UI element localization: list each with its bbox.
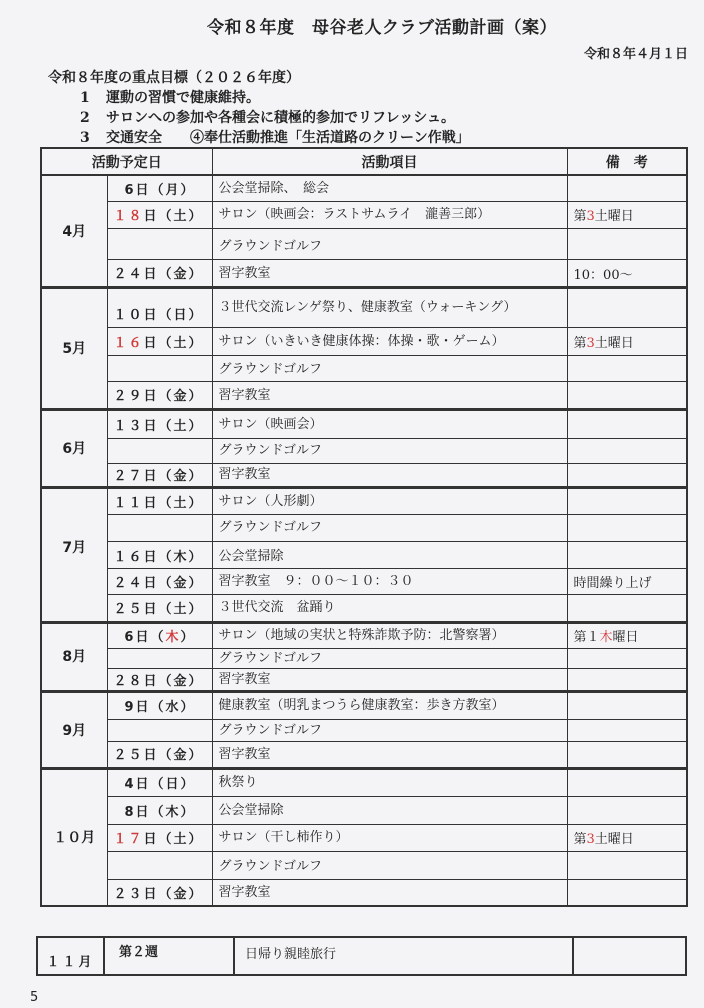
remark-cell [567, 879, 687, 906]
table-row: グラウンドゴルフ [41, 355, 687, 381]
activity-cell: サロン（いきいき健康体操：体操・歌・ゲーム） [212, 327, 567, 355]
activity-cell: サロン（干し柿作り） [212, 824, 567, 851]
date-cell: 8日（木） [107, 796, 212, 824]
date-cell: ２９日（金） [107, 381, 212, 409]
activity-cell: グラウンドゴルフ [212, 355, 567, 381]
date-cell: １３日（土） [107, 409, 212, 438]
date-cell: ２４日（金） [107, 568, 212, 594]
table-row: グラウンドゴルフ [41, 438, 687, 463]
date-cell: ２４日（金） [107, 259, 212, 287]
remark-cell [567, 487, 687, 514]
remark-cell [567, 514, 687, 541]
activity-cell: グラウンドゴルフ [212, 648, 567, 668]
date-cell: ２７日（金） [107, 463, 212, 487]
activity-cell: 習字教室 [212, 741, 567, 768]
goal-text: 運動の習慣で健康維持。 [106, 90, 260, 106]
table-row: ２７日（金） 習字教室 [41, 463, 687, 487]
goal-item: 1運動の習慣で健康維持。 [80, 87, 260, 107]
date-cell [107, 514, 212, 541]
date-cell [107, 228, 212, 259]
remark-cell [567, 175, 687, 201]
activity-cell: 習字教室 [212, 381, 567, 409]
table-row: ２４日（金） 習字教室 ９：００～１０：３０ 時間繰り上げ [41, 568, 687, 594]
date-cell: １８日（土） [107, 201, 212, 228]
remark-cell [567, 741, 687, 768]
remark-cell: 第１木曜日 [567, 622, 687, 648]
month-cell: 6月 [41, 409, 107, 487]
remark-highlight: 木 [600, 630, 613, 645]
date-highlight: １８ [114, 209, 144, 224]
remark-cell [573, 937, 686, 975]
table-row: ２４日（金） 習字教室 10：00～ [41, 259, 687, 287]
remark-highlight: 3 [587, 832, 595, 847]
table-row: 8月 6日（木） サロン（地域の実状と特殊詐欺予防：北警察署） 第１木曜日 [41, 622, 687, 648]
activity-cell: グラウンドゴルフ [212, 719, 567, 741]
table-row: １６日（木） 公会堂掃除 [41, 541, 687, 568]
remark-cell [567, 719, 687, 741]
date-cell: ２８日（金） [107, 668, 212, 691]
date-cell [107, 648, 212, 668]
table-row: １７日（土） サロン（干し柿作り） 第3土曜日 [41, 824, 687, 851]
remark-cell [567, 648, 687, 668]
goals-heading: 令和８年度の重点目標（２０２６年度） [48, 67, 300, 87]
date-cell: １６日（土） [107, 327, 212, 355]
activity-cell: 習字教室 [212, 463, 567, 487]
remark-cell [567, 541, 687, 568]
remark-cell [567, 668, 687, 691]
goal-item: 2サロンへの参加や各種会に積極的参加でリフレッシュ。 [80, 107, 455, 127]
remark-cell [567, 287, 687, 327]
table-row: １８日（土） サロン（映画会：ラストサムライ 瀧善三郎） 第3土曜日 [41, 201, 687, 228]
activity-cell: ３世代交流 盆踊り [212, 594, 567, 622]
header-activity: 活動項目 [212, 148, 567, 175]
month-cell: 5月 [41, 287, 107, 409]
remark-cell: 第3土曜日 [567, 824, 687, 851]
date-cell: １７日（土） [107, 824, 212, 851]
date-cell: １１日（土） [107, 487, 212, 514]
document-date: 令和８年４月１日 [584, 43, 688, 62]
header-remarks: 備 考 [567, 148, 687, 175]
table-row: グラウンドゴルフ [41, 719, 687, 741]
table-row: グラウンドゴルフ [41, 228, 687, 259]
table-row: ２５日（金） 習字教室 [41, 741, 687, 768]
remark-cell: 第3土曜日 [567, 201, 687, 228]
table-row: 4月 6日（月） 公会堂掃除、 総会 [41, 175, 687, 201]
goal-number: 1 [80, 90, 106, 106]
page-number: 5 [30, 990, 38, 1005]
table-row: グラウンドゴルフ [41, 514, 687, 541]
date-highlight: 木 [165, 630, 180, 645]
activity-cell: 習字教室 [212, 879, 567, 906]
activity-cell: グラウンドゴルフ [212, 228, 567, 259]
activity-cell: 習字教室 [212, 668, 567, 691]
table-row: 6月 １３日（土） サロン（映画会） [41, 409, 687, 438]
date-cell [107, 851, 212, 879]
goal-text: 交通安全 ④奉仕活動推進「生活道路のクリーン作戦」 [106, 130, 470, 146]
date-cell: １６日（木） [107, 541, 212, 568]
date-cell: ２５日（土） [107, 594, 212, 622]
remark-cell [567, 691, 687, 719]
activity-cell: 秋祭り [212, 768, 567, 796]
remark-cell [567, 796, 687, 824]
table-header-row: 活動予定日 活動項目 備 考 [41, 148, 687, 175]
goal-text: サロンへの参加や各種会に積極的参加でリフレッシュ。 [106, 110, 455, 126]
activity-cell: グラウンドゴルフ [212, 514, 567, 541]
remark-highlight: 3 [587, 336, 595, 351]
month-cell: 8月 [41, 622, 107, 691]
table-row: １１月 第２週 日帰り親睦旅行 [37, 937, 686, 975]
table-row: 5月 １０日（日） ３世代交流レンゲ祭り、健康教室（ウォーキング） [41, 287, 687, 327]
activity-cell: 習字教室 ９：００～１０：３０ [212, 568, 567, 594]
activity-schedule-table: 活動予定日 活動項目 備 考 4月 6日（月） 公会堂掃除、 総会 １８日（土）… [40, 147, 688, 907]
date-cell [107, 355, 212, 381]
date-highlight: １６ [114, 336, 144, 351]
remark-highlight: 3 [587, 209, 595, 224]
remark-cell [567, 594, 687, 622]
week-cell: 第２週 [104, 937, 234, 975]
table-row: ２８日（金） 習字教室 [41, 668, 687, 691]
page-title: 令和８年度 母谷老人クラブ活動計画（案） [0, 13, 704, 38]
remark-cell [567, 768, 687, 796]
activity-cell: 習字教室 [212, 259, 567, 287]
date-cell [107, 719, 212, 741]
activity-cell: 健康教室（明乳まつうら健康教室：歩き方教室） [212, 691, 567, 719]
date-cell: １０日（日） [107, 287, 212, 327]
remark-cell [567, 381, 687, 409]
remark-cell [567, 438, 687, 463]
activity-cell: サロン（人形劇） [212, 487, 567, 514]
activity-cell: 公会堂掃除、 総会 [212, 175, 567, 201]
header-date: 活動予定日 [41, 148, 212, 175]
month-cell: １０月 [41, 768, 107, 906]
month-cell: １１月 [37, 937, 104, 975]
table-row: グラウンドゴルフ [41, 851, 687, 879]
remark-cell [567, 409, 687, 438]
date-cell: 9日（水） [107, 691, 212, 719]
remark-cell [567, 355, 687, 381]
goal-number: 3 [80, 130, 106, 146]
table-row: １６日（土） サロン（いきいき健康体操：体操・歌・ゲーム） 第3土曜日 [41, 327, 687, 355]
date-cell: 6日（月） [107, 175, 212, 201]
activity-cell: ３世代交流レンゲ祭り、健康教室（ウォーキング） [212, 287, 567, 327]
remark-cell: 時間繰り上げ [567, 568, 687, 594]
month-cell: 9月 [41, 691, 107, 768]
date-highlight: １７ [114, 832, 144, 847]
remark-cell: 10：00～ [567, 259, 687, 287]
activity-cell: サロン（地域の実状と特殊詐欺予防：北警察署） [212, 622, 567, 648]
remark-cell [567, 463, 687, 487]
month-cell: 4月 [41, 175, 107, 287]
date-cell: ２５日（金） [107, 741, 212, 768]
goal-number: 2 [80, 110, 106, 126]
november-table: １１月 第２週 日帰り親睦旅行 [36, 936, 687, 976]
activity-cell: サロン（映画会） [212, 409, 567, 438]
table-row: ２３日（金） 習字教室 [41, 879, 687, 906]
table-row: 8日（木） 公会堂掃除 [41, 796, 687, 824]
table-row: グラウンドゴルフ [41, 648, 687, 668]
date-cell: ２３日（金） [107, 879, 212, 906]
table-row: １０月 4日（日） 秋祭り [41, 768, 687, 796]
date-cell [107, 438, 212, 463]
table-row: 7月 １１日（土） サロン（人形劇） [41, 487, 687, 514]
remark-cell [567, 851, 687, 879]
date-cell: 6日（木） [107, 622, 212, 648]
remark-cell: 第3土曜日 [567, 327, 687, 355]
table-row: 9月 9日（水） 健康教室（明乳まつうら健康教室：歩き方教室） [41, 691, 687, 719]
remark-cell [567, 228, 687, 259]
activity-cell: 日帰り親睦旅行 [234, 937, 573, 975]
activity-cell: グラウンドゴルフ [212, 851, 567, 879]
month-cell: 7月 [41, 487, 107, 622]
activity-cell: グラウンドゴルフ [212, 438, 567, 463]
activity-cell: 公会堂掃除 [212, 796, 567, 824]
table-row: ２５日（土） ３世代交流 盆踊り [41, 594, 687, 622]
goal-item: 3交通安全 ④奉仕活動推進「生活道路のクリーン作戦」 [80, 127, 470, 147]
activity-cell: 公会堂掃除 [212, 541, 567, 568]
date-cell: 4日（日） [107, 768, 212, 796]
table-row: ２９日（金） 習字教室 [41, 381, 687, 409]
activity-cell: サロン（映画会：ラストサムライ 瀧善三郎） [212, 201, 567, 228]
